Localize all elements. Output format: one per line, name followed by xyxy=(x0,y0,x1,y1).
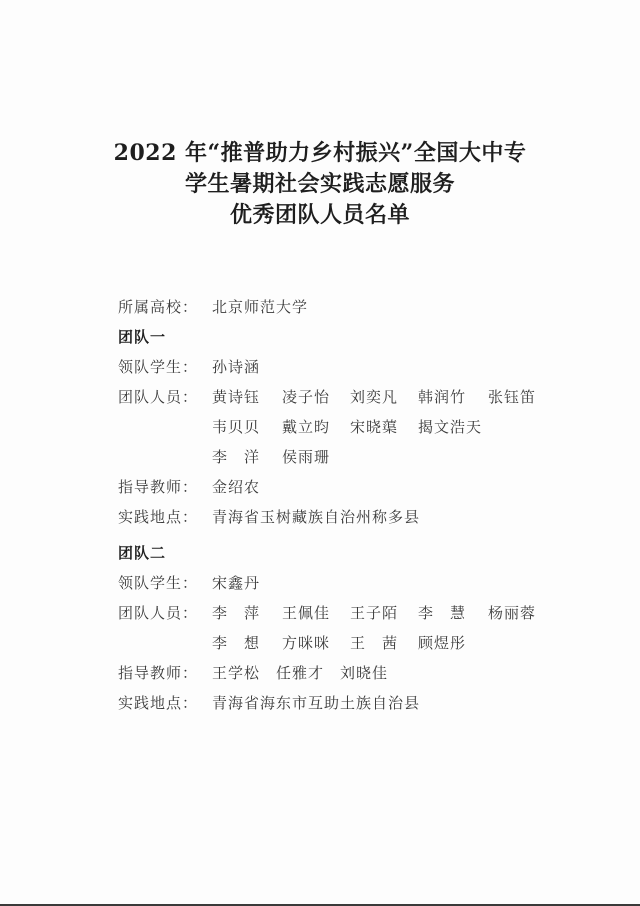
document-body: 所属高校： 北京师范大学 团队一 领队学生： 孙诗涵 团队人员： 黄诗钰 凌子怡… xyxy=(118,292,558,718)
member-name: 戴立昀 xyxy=(282,412,350,442)
team-2-leader-row: 领队学生： 宋鑫丹 xyxy=(118,568,558,598)
member-name: 揭文浩天 xyxy=(418,412,488,442)
title-line-1: 2022 年“推普助力乡村振兴”全国大中专 xyxy=(0,138,640,169)
leader-value: 孙诗涵 xyxy=(212,352,260,382)
document-title: 2022 年“推普助力乡村振兴”全国大中专 学生暑期社会实践志愿服务 优秀团队人… xyxy=(0,138,640,231)
document-page: 2022 年“推普助力乡村振兴”全国大中专 学生暑期社会实践志愿服务 优秀团队人… xyxy=(0,0,640,904)
member-name: 韩润竹 xyxy=(418,382,488,412)
member-name: 王 茜 xyxy=(350,628,418,658)
school-row: 所属高校： 北京师范大学 xyxy=(118,292,558,322)
location-label: 实践地点： xyxy=(118,688,212,718)
team-1-teacher-row: 指导教师： 金绍农 xyxy=(118,472,558,502)
members-list: 黄诗钰 凌子怡 刘奕凡 韩润竹 张钰笛 xyxy=(212,382,558,412)
members-list: 韦贝贝 戴立昀 宋晓蕖 揭文浩天 xyxy=(212,412,558,442)
team-2-heading: 团队二 xyxy=(118,538,558,568)
members-label: 团队人员： xyxy=(118,382,212,412)
member-name: 张钰笛 xyxy=(488,382,558,412)
member-name: 凌子怡 xyxy=(282,382,350,412)
member-name: 顾煜彤 xyxy=(418,628,488,658)
team-1-location-row: 实践地点： 青海省玉树藏族自治州称多县 xyxy=(118,502,558,532)
team-1-members-row-3: 李 洋 侯雨珊 xyxy=(118,442,558,472)
team-1-members-row-1: 团队人员： 黄诗钰 凌子怡 刘奕凡 韩润竹 张钰笛 xyxy=(118,382,558,412)
leader-label: 领队学生： xyxy=(118,568,212,598)
member-name: 杨丽蓉 xyxy=(488,598,558,628)
location-value: 青海省海东市互助土族自治县 xyxy=(212,688,420,718)
leader-label: 领队学生： xyxy=(118,352,212,382)
members-label: 团队人员： xyxy=(118,598,212,628)
teacher-value: 金绍农 xyxy=(212,472,260,502)
location-label: 实践地点： xyxy=(118,502,212,532)
leader-value: 宋鑫丹 xyxy=(212,568,260,598)
member-name: 李 想 xyxy=(212,628,282,658)
location-value: 青海省玉树藏族自治州称多县 xyxy=(212,502,420,532)
member-name: 韦贝贝 xyxy=(212,412,282,442)
members-list: 李 想 方咪咪 王 茜 顾煜彤 xyxy=(212,628,558,658)
member-name: 方咪咪 xyxy=(282,628,350,658)
title-line-3: 优秀团队人员名单 xyxy=(0,200,640,231)
team-1-leader-row: 领队学生： 孙诗涵 xyxy=(118,352,558,382)
school-label: 所属高校： xyxy=(118,292,212,322)
teacher-label: 指导教师： xyxy=(118,658,212,688)
members-list: 李 洋 侯雨珊 xyxy=(212,442,558,472)
member-name: 王佩佳 xyxy=(282,598,350,628)
team-2-members-row-1: 团队人员： 李 萍 王佩佳 王子陌 李 慧 杨丽蓉 xyxy=(118,598,558,628)
member-name: 黄诗钰 xyxy=(212,382,282,412)
school-value: 北京师范大学 xyxy=(212,292,308,322)
member-name: 侯雨珊 xyxy=(282,442,350,472)
team-2-location-row: 实践地点： 青海省海东市互助土族自治县 xyxy=(118,688,558,718)
members-list: 李 萍 王佩佳 王子陌 李 慧 杨丽蓉 xyxy=(212,598,558,628)
title-line-2: 学生暑期社会实践志愿服务 xyxy=(0,169,640,200)
member-name: 刘奕凡 xyxy=(350,382,418,412)
member-name: 李 洋 xyxy=(212,442,282,472)
teacher-value: 王学松 任雅才 刘晓佳 xyxy=(212,658,388,688)
team-1-members-row-2: 韦贝贝 戴立昀 宋晓蕖 揭文浩天 xyxy=(118,412,558,442)
team-2-teacher-row: 指导教师： 王学松 任雅才 刘晓佳 xyxy=(118,658,558,688)
team-2-members-row-2: 李 想 方咪咪 王 茜 顾煜彤 xyxy=(118,628,558,658)
team-1-heading: 团队一 xyxy=(118,322,558,352)
member-name: 李 慧 xyxy=(418,598,488,628)
member-name: 李 萍 xyxy=(212,598,282,628)
teacher-label: 指导教师： xyxy=(118,472,212,502)
member-name: 宋晓蕖 xyxy=(350,412,418,442)
member-name: 王子陌 xyxy=(350,598,418,628)
